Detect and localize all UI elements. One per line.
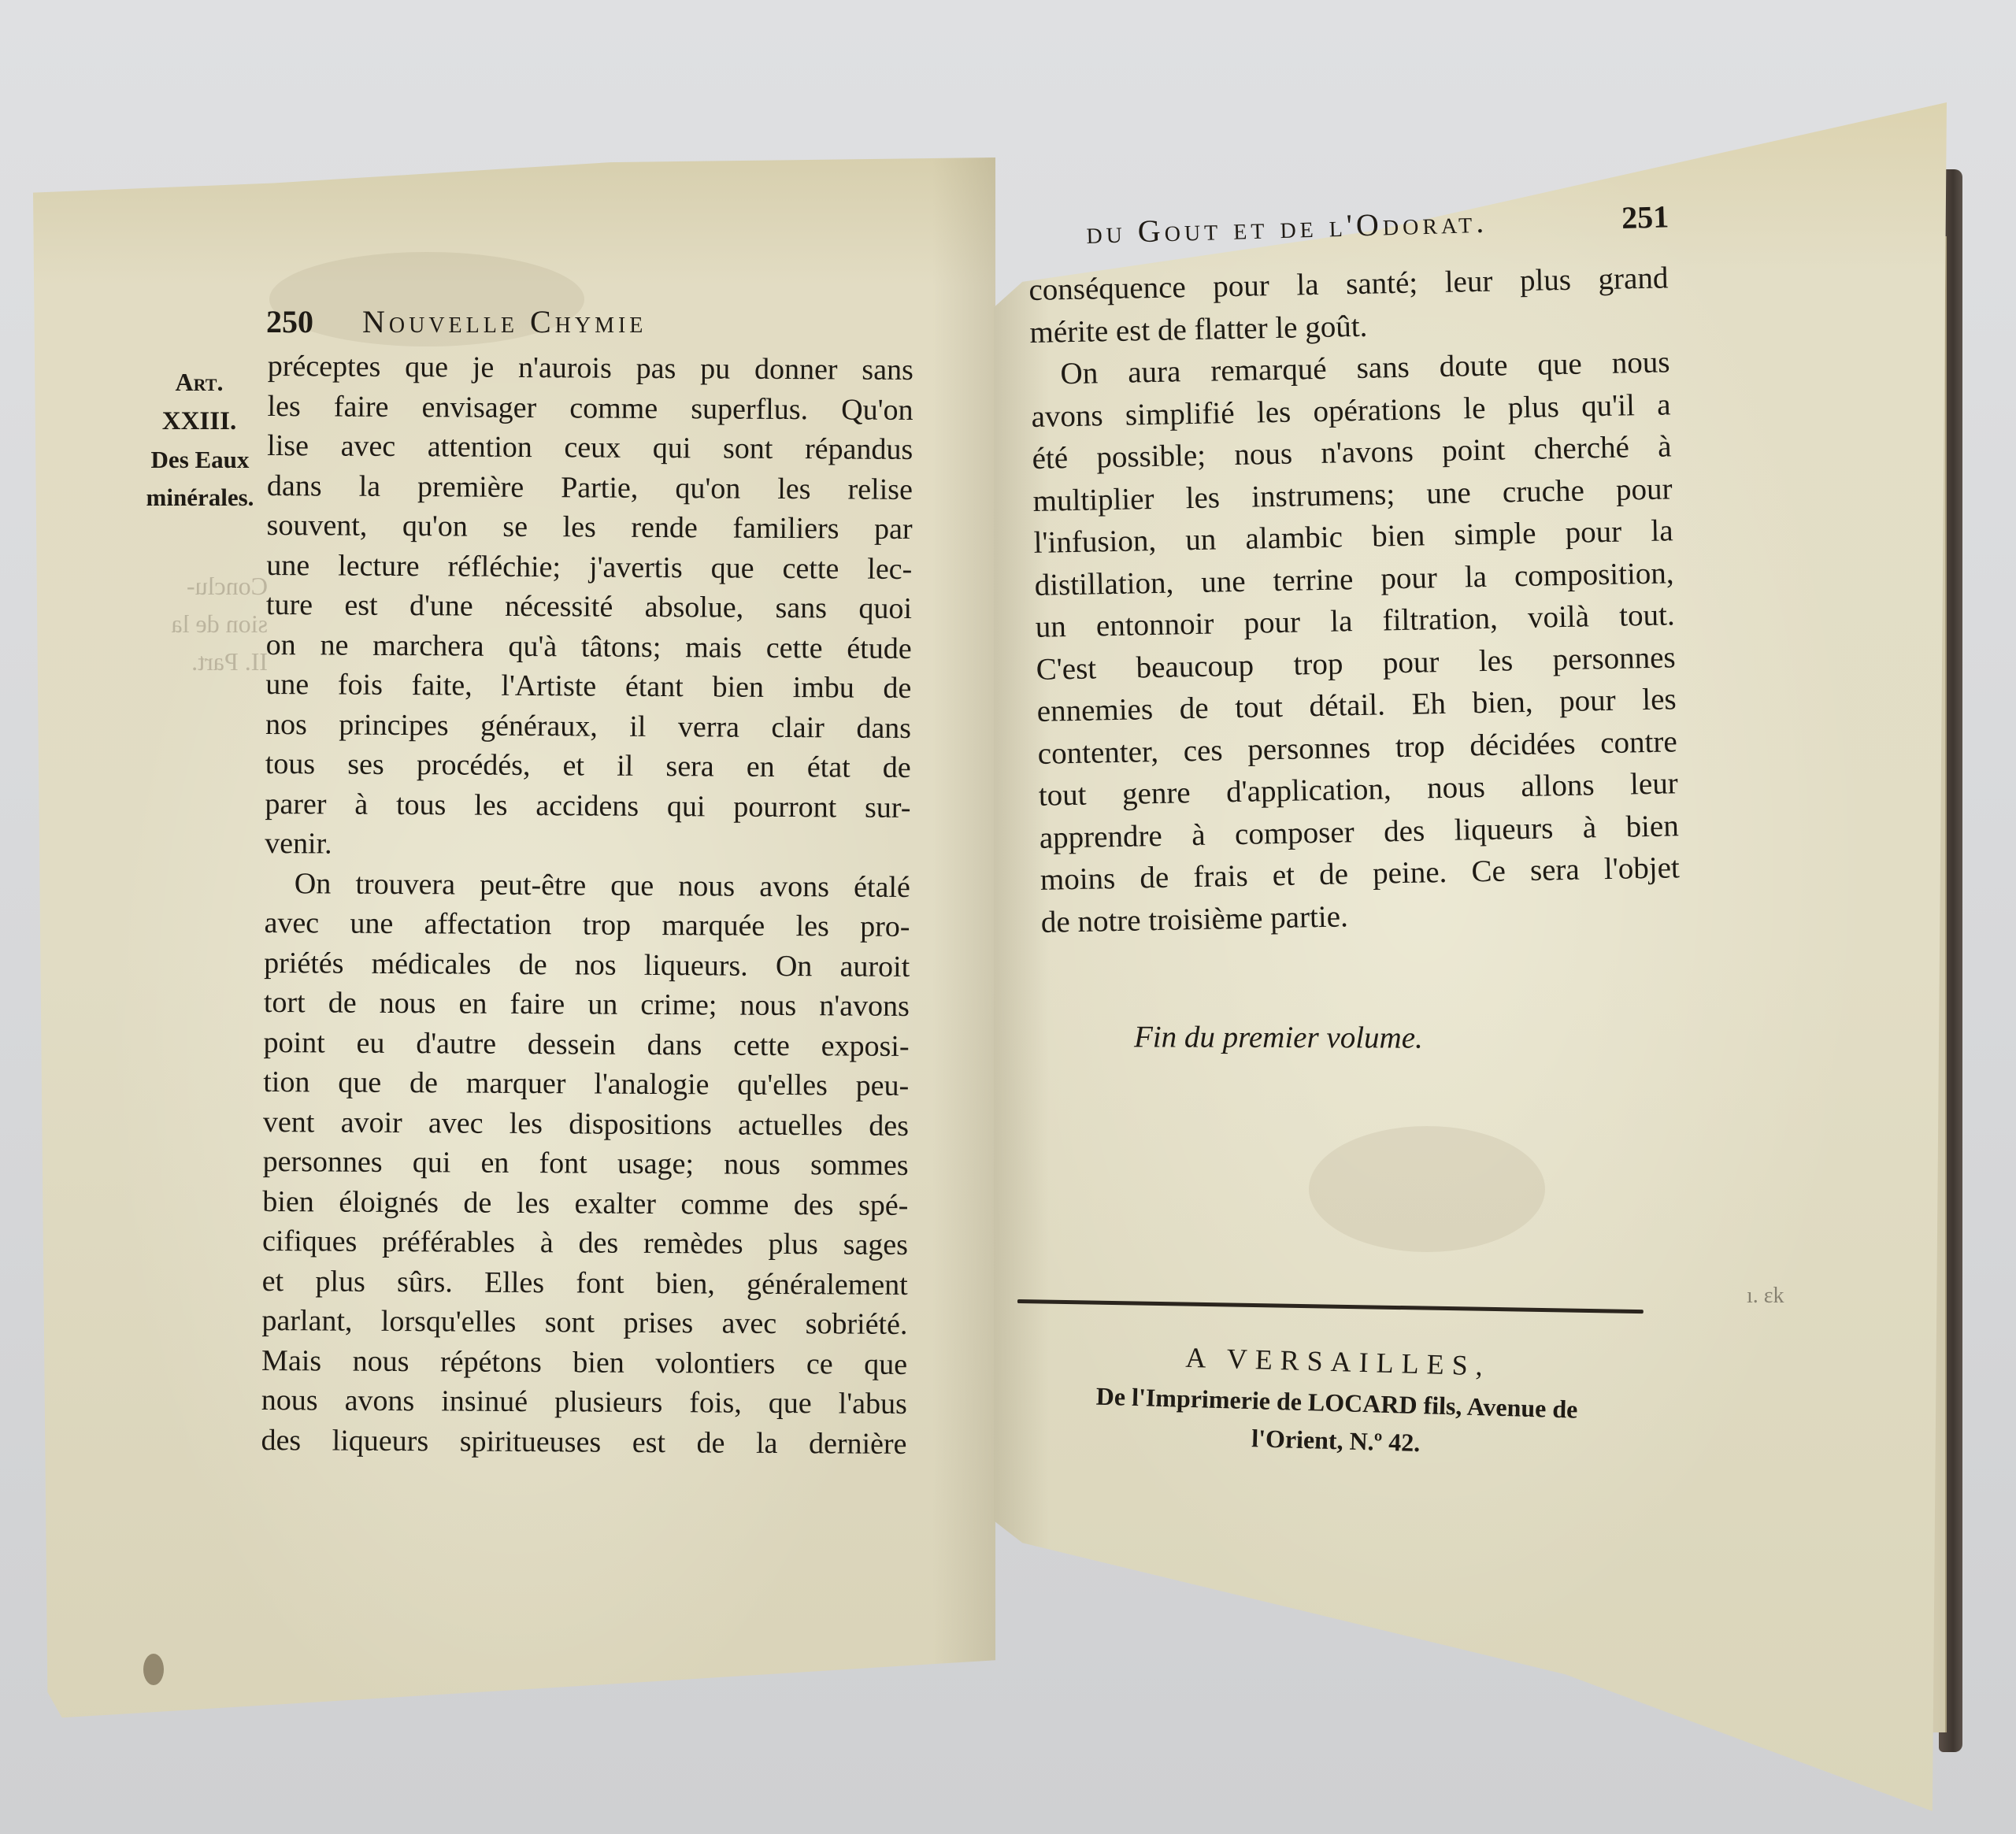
text-line: parlant, lorsqu'elles sont prises avec s… xyxy=(261,1301,907,1345)
text-line: une fois faite, l'Artiste étant bien imb… xyxy=(265,665,911,709)
article-number: XXIII. xyxy=(132,402,266,441)
show-through-line: Conclu- xyxy=(134,567,268,605)
left-page-number: 250 xyxy=(266,304,313,339)
text-line: personnes qui en font usage; nous sommes xyxy=(263,1142,909,1186)
left-page-header: 250 Nouvelle Chymie xyxy=(266,303,896,340)
margin-note-article: Art. XXIII. xyxy=(132,362,266,441)
text-line: tion que de marquer l'analogie qu'elles … xyxy=(263,1062,909,1106)
show-through-margin-note: Conclu- sion de la II. Part. xyxy=(134,567,268,680)
left-running-head: Nouvelle Chymie xyxy=(362,304,647,339)
text-line: préceptes que je n'aurois pas pu donner … xyxy=(268,346,913,391)
text-line: parer à tous les accidens qui pourront s… xyxy=(265,784,910,828)
text-line: priétés médicales de nos liqueurs. On au… xyxy=(264,943,910,987)
text-line: nos principes généraux, il verra clair d… xyxy=(265,704,911,748)
text-line: ture est d'une nécessité absolue, sans q… xyxy=(266,585,912,629)
left-page-body: préceptes que je n'aurois pas pu donner … xyxy=(261,346,913,1464)
margin-note-section: Des Eaux minérales. xyxy=(130,441,270,517)
text-line: bien éloignés de les exalter comme des s… xyxy=(262,1181,908,1225)
section-note-line-1: Des Eaux xyxy=(130,441,270,479)
text-line: les faire envisager comme superflus. Qu'… xyxy=(267,386,913,430)
end-of-volume-note: Fin du premier volume. xyxy=(1134,1019,1423,1055)
right-page-body: conséquence pour la santé; leur plus gra… xyxy=(1028,257,1681,943)
article-label: Art. xyxy=(132,362,266,402)
text-line: dans la première Partie, qu'on les relis… xyxy=(267,465,913,509)
text-line: et plus sûrs. Elles font bien, généralem… xyxy=(262,1261,908,1305)
text-line: souvent, qu'on se les rende familiers pa… xyxy=(266,506,912,550)
text-line: tous ses procédés, et il sera en état de xyxy=(265,744,911,788)
text-line: nous avons insinué plusieurs fois, que l… xyxy=(261,1380,907,1425)
open-book: 250 Nouvelle Chymie Art. XXIII. Des Eaux… xyxy=(0,0,2016,1834)
section-note-line-2: minérales. xyxy=(130,479,270,517)
printer-imprint: A VERSAILLES, De l'Imprimerie de LOCARD … xyxy=(1021,1331,1654,1468)
text-line: vent avoir avec les dispositions actuell… xyxy=(263,1102,909,1146)
text-line: tort de nous en faire un crime; nous n'a… xyxy=(264,983,910,1027)
show-through-line: sion de la xyxy=(134,605,268,643)
pencil-mark: ı. ɛk xyxy=(1747,1284,1784,1309)
text-line: une lecture réfléchie; j'avertis que cet… xyxy=(266,545,912,589)
text-line: des liqueurs spiritueuses est de la dern… xyxy=(261,1420,906,1464)
show-through-line: II. Part. xyxy=(134,643,268,680)
text-line: Mais nous répétons bien volontiers ce qu… xyxy=(261,1340,907,1384)
text-line: avec une affectation trop marquée les pr… xyxy=(264,903,910,947)
text-line: point eu d'autre dessein dans cette expo… xyxy=(263,1022,909,1066)
right-page-number: 251 xyxy=(1621,198,1669,236)
text-line: venir. xyxy=(265,824,910,868)
text-line: On trouvera peut-être que nous avons éta… xyxy=(265,863,910,907)
text-line: lise avec attention ceux qui sont répand… xyxy=(267,426,913,470)
text-line: on ne marchera qu'à tâtons; mais cette é… xyxy=(266,624,912,669)
text-line: cifiques préférables à des remèdes plus … xyxy=(262,1221,908,1265)
